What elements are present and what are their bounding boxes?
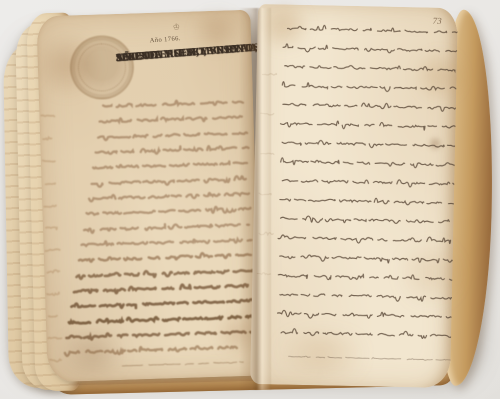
handwriting-line — [278, 272, 458, 282]
right-handwriting-svg — [250, 4, 458, 388]
handwriting-line — [281, 158, 458, 169]
handwriting-line — [43, 160, 55, 162]
handwriting-line — [282, 140, 458, 150]
handwriting-line — [48, 337, 61, 339]
handwriting-line — [46, 227, 57, 230]
handwriting-line — [280, 196, 458, 206]
handwriting-line — [89, 191, 249, 202]
handwriting-line — [98, 132, 247, 141]
manuscript-photo: ♔ Año 1766. SELLO TERCERO, VN REAL, AÑOS… — [0, 0, 500, 399]
handwriting-line — [46, 249, 60, 251]
handwriting-line — [93, 161, 247, 169]
handwriting-line — [103, 99, 243, 109]
handwriting-line — [66, 329, 253, 340]
handwriting-line — [281, 328, 451, 339]
handwriting-line — [278, 234, 458, 245]
handwriting-line — [49, 316, 57, 317]
handwriting-line — [280, 293, 458, 302]
handwriting-line — [283, 101, 458, 111]
handwriting-line — [261, 113, 274, 115]
handwriting-line — [263, 73, 277, 75]
handwriting-line — [47, 270, 59, 273]
handwriting-line — [283, 44, 458, 55]
handwriting-line — [95, 144, 248, 155]
right-page: 73 — [250, 4, 458, 388]
handwriting-line — [91, 176, 245, 187]
handwriting-line — [257, 273, 270, 275]
handwriting-line — [43, 137, 51, 139]
left-handwriting-svg — [36, 10, 261, 383]
handwriting-line — [289, 356, 457, 361]
handwriting-line — [282, 82, 458, 93]
handwriting-line — [280, 120, 458, 131]
handwriting-line — [277, 310, 455, 321]
handwriting-line — [280, 254, 458, 264]
handwriting-line — [261, 153, 274, 154]
handwriting-line — [46, 183, 56, 184]
handwriting-line — [259, 232, 273, 235]
handwriting-line — [44, 205, 56, 207]
left-page: ♔ Año 1766. SELLO TERCERO, VN REAL, AÑOS… — [36, 10, 261, 383]
handwriting-line — [71, 298, 253, 310]
handwriting-line — [259, 193, 271, 195]
handwriting-line — [79, 252, 251, 263]
handwriting-line — [100, 115, 242, 125]
handwriting-line — [86, 206, 250, 217]
handwriting-line — [285, 64, 458, 72]
handwriting-line — [280, 216, 458, 226]
handwriting-line — [81, 237, 251, 248]
handwriting-line — [41, 115, 54, 117]
handwriting-line — [47, 292, 59, 295]
handwriting-line — [65, 344, 237, 356]
handwriting-line — [74, 283, 248, 295]
handwriting-line — [282, 177, 458, 188]
handwriting-line — [287, 25, 458, 35]
handwriting-line — [69, 314, 252, 324]
handwriting-line — [84, 222, 249, 234]
handwriting-line — [76, 268, 252, 280]
handwriting-line — [50, 359, 61, 361]
handwriting-line — [122, 362, 243, 367]
